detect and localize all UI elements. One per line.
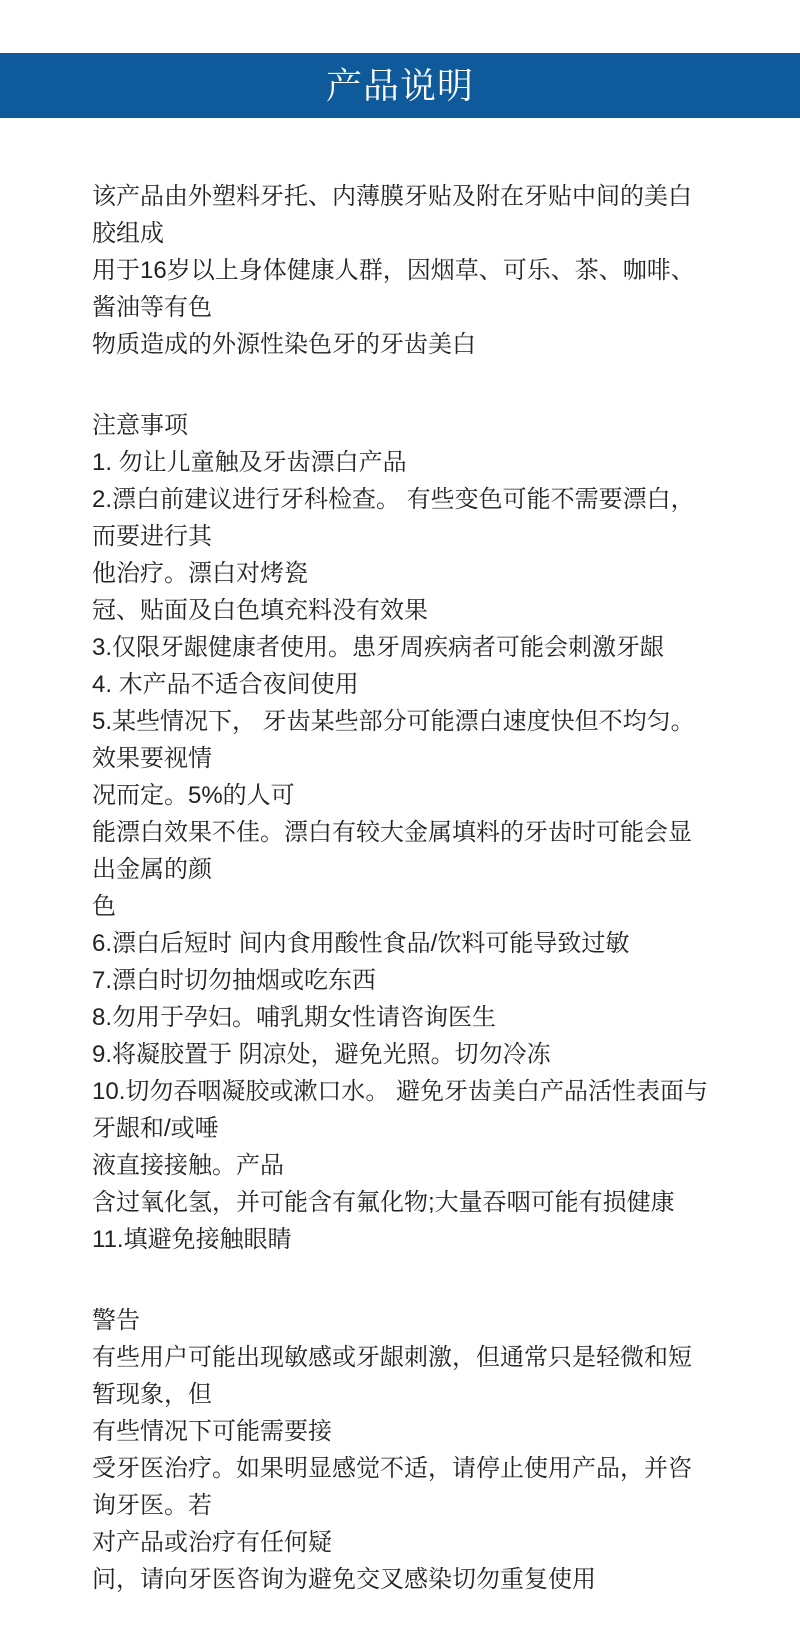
warning-section: 警告有些用户可能出现敏感或牙龈刺激，但通常只是轻微和短暂现象，但有些情况下可能需… bbox=[92, 1302, 712, 1598]
text-line: 含过氧化氢，并可能含有氟化物;大量吞咽可能有损健康 bbox=[92, 1184, 712, 1221]
text-line: 液直接接触。产品 bbox=[92, 1147, 712, 1184]
text-line: 能漂白效果不佳。漂白有较大金属填料的牙齿时可能会显出金属的颜 bbox=[92, 814, 712, 888]
text-line: 2.漂白前建议进行牙科检查。 有些变色可能不需要漂白，而要进行其 bbox=[92, 481, 712, 555]
description-content: 该产品由外塑料牙托、内薄膜牙贴及附在牙贴中间的美白胶组成用于16岁以上身体健康人… bbox=[0, 118, 800, 1628]
text-line: 6.漂白后短时 间内食用酸性食品/饮料可能导致过敏 bbox=[92, 925, 712, 962]
precautions-section: 注意事项1. 勿让儿童触及牙齿漂白产品2.漂白前建议进行牙科检查。 有些变色可能… bbox=[92, 407, 712, 1258]
header-banner: 产品说明 bbox=[0, 53, 800, 118]
text-line: 有些用户可能出现敏感或牙龈刺激，但通常只是轻微和短暂现象，但 bbox=[92, 1339, 712, 1413]
text-line: 况而定。5%的人可 bbox=[92, 777, 712, 814]
text-line: 4. 木产品不适合夜间使用 bbox=[92, 666, 712, 703]
text-line: 注意事项 bbox=[92, 407, 712, 444]
top-whitespace bbox=[0, 0, 800, 53]
text-line: 问，请向牙医咨询为避免交叉感染切勿重复使用 bbox=[92, 1561, 712, 1598]
text-line: 1. 勿让儿童触及牙齿漂白产品 bbox=[92, 444, 712, 481]
text-line: 8.勿用于孕妇。哺乳期女性请咨询医生 bbox=[92, 999, 712, 1036]
text-line: 物质造成的外源性染色牙的牙齿美白 bbox=[92, 326, 712, 363]
text-line: 冠、贴面及白色填充料没有效果 bbox=[92, 592, 712, 629]
text-line: 受牙医治疗。如果明显感觉不适，请停止使用产品，并咨询牙医。若 bbox=[92, 1450, 712, 1524]
text-line: 7.漂白时切勿抽烟或吃东西 bbox=[92, 962, 712, 999]
text-line: 5.某些情况下， 牙齿某些部分可能漂白速度快但不均匀。效果要视情 bbox=[92, 703, 712, 777]
page-title: 产品说明 bbox=[326, 68, 474, 104]
text-line: 用于16岁以上身体健康人群，因烟草、可乐、茶、咖啡、酱油等有色 bbox=[92, 252, 712, 326]
text-line: 色 bbox=[92, 888, 712, 925]
text-line: 警告 bbox=[92, 1302, 712, 1339]
product-description-page: 产品说明 该产品由外塑料牙托、内薄膜牙贴及附在牙贴中间的美白胶组成用于16岁以上… bbox=[0, 0, 800, 1628]
text-line: 9.将凝胶置于 阴凉处，避免光照。切勿冷冻 bbox=[92, 1036, 712, 1073]
text-line: 对产品或治疗有任何疑 bbox=[92, 1524, 712, 1561]
text-line: 3.仅限牙龈健康者使用。患牙周疾病者可能会刺激牙龈 bbox=[92, 629, 712, 666]
text-line: 该产品由外塑料牙托、内薄膜牙贴及附在牙贴中间的美白胶组成 bbox=[92, 178, 712, 252]
text-line: 10.切勿吞咽凝胶或漱口水。 避免牙齿美白产品活性表面与牙龈和/或唾 bbox=[92, 1073, 712, 1147]
text-line: 有些情况下可能需要接 bbox=[92, 1413, 712, 1450]
text-line: 11.填避免接触眼睛 bbox=[92, 1221, 712, 1258]
text-line: 他治疗。漂白对烤瓷 bbox=[92, 555, 712, 592]
intro-section: 该产品由外塑料牙托、内薄膜牙贴及附在牙贴中间的美白胶组成用于16岁以上身体健康人… bbox=[92, 178, 712, 363]
